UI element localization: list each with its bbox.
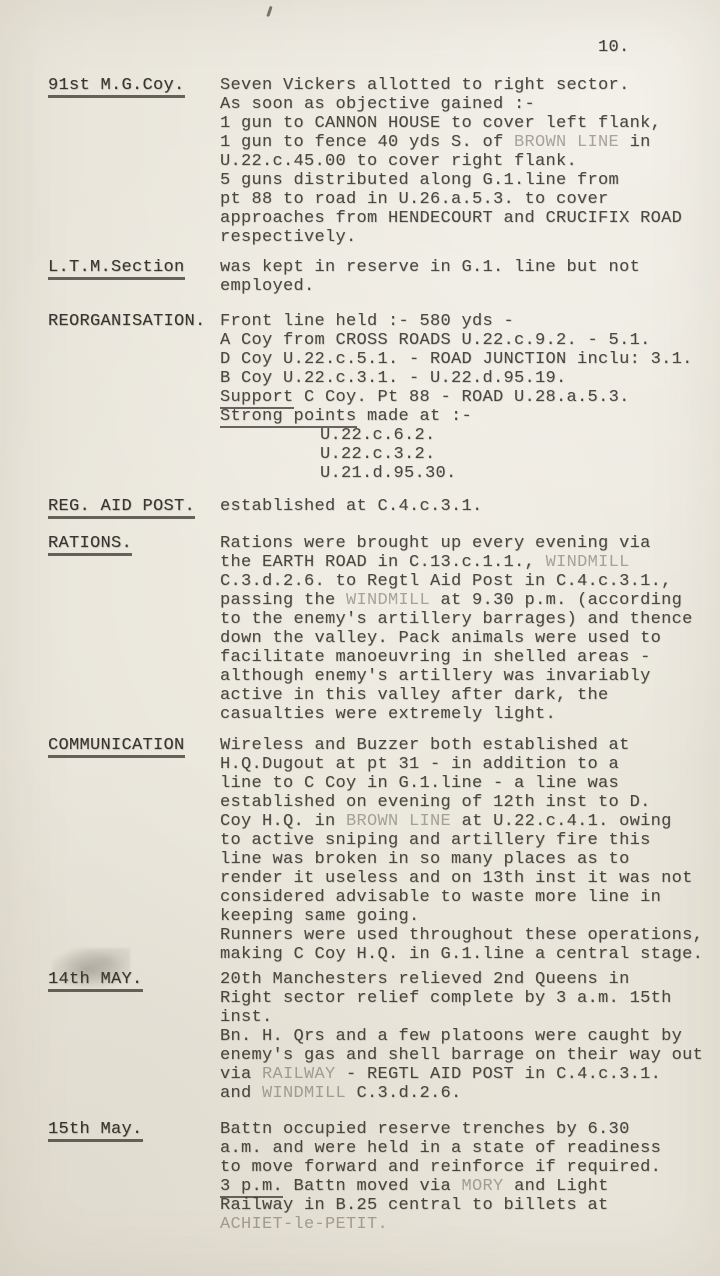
text-line: and WINDMILL C.3.d.2.6.	[220, 1084, 720, 1103]
text-line: facilitate manoeuvring in shelled areas …	[220, 648, 720, 667]
text-segment: WINDMILL	[262, 1084, 346, 1103]
section-heading: REG. AID POST.	[48, 497, 195, 519]
text-line: down the valley. Pack animals were used …	[220, 629, 720, 648]
text-line: keeping same going.	[220, 907, 720, 926]
text-line: respectively.	[220, 228, 720, 247]
text-segment: Battn occupied reserve trenches by 6.30	[220, 1120, 630, 1139]
text-segment: WINDMILL	[546, 553, 630, 572]
text-line: casualties were extremely light.	[220, 705, 720, 724]
text-line: Coy H.Q. in BROWN LINE at U.22.c.4.1. ow…	[220, 812, 720, 831]
text-segment: and Light	[504, 1177, 609, 1196]
text-line: Right sector relief complete by 3 a.m. 1…	[220, 989, 720, 1008]
text-line: passing the WINDMILL at 9.30 p.m. (accor…	[220, 591, 720, 610]
text-segment: Rations were brought up every evening vi…	[220, 534, 651, 553]
text-line: 3 p.m. Battn moved via MORY and Light	[220, 1177, 720, 1196]
text-line: U.22.c.45.00 to cover right flank.	[220, 152, 720, 171]
section-body: was kept in reserve in G.1. line but not…	[220, 258, 720, 296]
section-heading: COMMUNICATION	[48, 736, 185, 758]
text-segment: Front line held :- 580 yds -	[220, 312, 514, 331]
section: 91st M.G.Coy.Seven Vickers allotted to r…	[0, 76, 720, 247]
section-body: established at C.4.c.3.1.	[220, 497, 720, 516]
section-heading: REORGANISATION.	[48, 312, 206, 331]
section: 14th MAY.20th Manchesters relieved 2nd Q…	[0, 970, 720, 1103]
section-body: Rations were brought up every evening vi…	[220, 534, 720, 724]
section-heading: 91st M.G.Coy.	[48, 76, 185, 98]
text-segment: RAILWAY	[262, 1065, 336, 1084]
text-segment: inst.	[220, 1008, 273, 1027]
text-segment: line was broken in so many places as to	[220, 850, 630, 869]
text-segment: 1 gun to CANNON HOUSE to cover left flan…	[220, 114, 661, 133]
text-segment: Coy H.Q. in	[220, 812, 346, 831]
text-segment: active in this valley after dark, the	[220, 686, 609, 705]
text-segment: WINDMILL	[346, 591, 430, 610]
text-line: ACHIET-le-PETIT.	[220, 1215, 720, 1234]
text-line: B Coy U.22.c.3.1. - U.22.d.95.19.	[220, 369, 720, 388]
text-segment: Right sector relief complete by 3 a.m. 1…	[220, 989, 672, 1008]
text-line: 20th Manchesters relieved 2nd Queens in	[220, 970, 720, 989]
text-segment: U.22.c.45.00 to cover right flank.	[220, 152, 577, 171]
text-segment: at 9.30 p.m. (according	[430, 591, 682, 610]
text-line: via RAILWAY - REGTL AID POST in C.4.c.3.…	[220, 1065, 720, 1084]
section-body: Wireless and Buzzer both established atH…	[220, 736, 720, 964]
text-line: although enemy's artillery was invariabl…	[220, 667, 720, 686]
text-line: 5 guns distributed along G.1.line from	[220, 171, 720, 190]
section: REORGANISATION.Front line held :- 580 yd…	[0, 312, 720, 483]
text-segment: passing the	[220, 591, 346, 610]
text-line: C.3.d.2.6. to Regtl Aid Post in C.4.c.3.…	[220, 572, 720, 591]
text-segment: keeping same going.	[220, 907, 420, 926]
text-line: Rations were brought up every evening vi…	[220, 534, 720, 553]
text-segment: C Coy. Pt 88 - ROAD U.28.a.5.3.	[294, 388, 630, 407]
text-line: render it useless and on 13th inst it wa…	[220, 869, 720, 888]
text-segment: to active sniping and artillery fire thi…	[220, 831, 651, 850]
text-line: Runners were used throughout these opera…	[220, 926, 720, 945]
text-segment: H.Q.Dugout at pt 31 - in addition to a	[220, 755, 619, 774]
text-segment: Support	[220, 388, 294, 409]
section-body: Battn occupied reserve trenches by 6.30a…	[220, 1120, 720, 1234]
text-line: employed.	[220, 277, 720, 296]
text-segment: established on evening of 12th inst to D…	[220, 793, 651, 812]
text-segment: line to C Coy in G.1.line - a line was	[220, 774, 619, 793]
text-segment: BROWN LINE	[346, 812, 451, 831]
text-segment: ACHIET-le-PETIT.	[220, 1215, 388, 1234]
text-segment: As soon as objective gained :-	[220, 95, 535, 114]
text-line: Front line held :- 580 yds -	[220, 312, 720, 331]
text-segment: in	[619, 133, 651, 152]
text-line: active in this valley after dark, the	[220, 686, 720, 705]
text-segment: made at :-	[357, 407, 473, 426]
text-segment: U.21.d.95.30.	[320, 464, 457, 483]
text-segment: 5 guns distributed along G.1.line from	[220, 171, 619, 190]
text-line: inst.	[220, 1008, 720, 1027]
text-line: considered advisable to waste more line …	[220, 888, 720, 907]
text-segment: the EARTH ROAD in C.13.c.1.1.,	[220, 553, 546, 572]
section: COMMUNICATIONWireless and Buzzer both es…	[0, 736, 720, 964]
text-segment: although enemy's artillery was invariabl…	[220, 667, 651, 686]
text-segment: Railway in B.25 central to billets at	[220, 1196, 609, 1215]
text-segment: Runners were used throughout these opera…	[220, 926, 703, 945]
text-line: was kept in reserve in G.1. line but not	[220, 258, 720, 277]
section: REG. AID POST.established at C.4.c.3.1.	[0, 497, 720, 516]
text-segment: pt 88 to road in U.26.a.5.3. to cover	[220, 190, 609, 209]
text-segment: 20th Manchesters relieved 2nd Queens in	[220, 970, 630, 989]
text-line: Strong points made at :-	[220, 407, 720, 426]
text-segment: 3 p.m.	[220, 1177, 283, 1198]
text-line: Seven Vickers allotted to right sector.	[220, 76, 720, 95]
text-line: approaches from HENDECOURT and CRUCIFIX …	[220, 209, 720, 228]
text-segment: was kept in reserve in G.1. line but not	[220, 258, 640, 277]
text-segment: respectively.	[220, 228, 357, 247]
text-segment: C.3.d.2.6. to Regtl Aid Post in C.4.c.3.…	[220, 572, 672, 591]
text-segment: Wireless and Buzzer both established at	[220, 736, 630, 755]
text-segment: Strong points	[220, 407, 357, 428]
section-heading: L.T.M.Section	[48, 258, 185, 280]
text-segment: B Coy U.22.c.3.1. - U.22.d.95.19.	[220, 369, 567, 388]
text-segment: D Coy U.22.c.5.1. - ROAD JUNCTION inclu:…	[220, 350, 693, 369]
text-line: 1 gun to CANNON HOUSE to cover left flan…	[220, 114, 720, 133]
text-segment: to move forward and reinforce if require…	[220, 1158, 661, 1177]
section-heading: RATIONS.	[48, 534, 132, 556]
text-line: U.22.c.6.2.	[220, 426, 720, 445]
text-line: line to C Coy in G.1.line - a line was	[220, 774, 720, 793]
text-line: As soon as objective gained :-	[220, 95, 720, 114]
text-segment: Battn moved via	[283, 1177, 462, 1196]
section-heading: 14th MAY.	[48, 970, 143, 992]
text-line: a.m. and were held in a state of readine…	[220, 1139, 720, 1158]
section-heading: 15th May.	[48, 1120, 143, 1142]
section-body: 20th Manchesters relieved 2nd Queens inR…	[220, 970, 720, 1103]
text-line: A Coy from CROSS ROADS U.22.c.9.2. - 5.1…	[220, 331, 720, 350]
text-segment: 1 gun to fence 40 yds S. of	[220, 133, 514, 152]
text-segment: enemy's gas and shell barrage on their w…	[220, 1046, 703, 1065]
text-line: making C Coy H.Q. in G.1.line a central …	[220, 945, 720, 964]
text-segment: render it useless and on 13th inst it wa…	[220, 869, 693, 888]
text-line: line was broken in so many places as to	[220, 850, 720, 869]
section-body: Seven Vickers allotted to right sector.A…	[220, 76, 720, 247]
section: L.T.M.Sectionwas kept in reserve in G.1.…	[0, 258, 720, 296]
text-segment: established at C.4.c.3.1.	[220, 497, 483, 516]
text-line: D Coy U.22.c.5.1. - ROAD JUNCTION inclu:…	[220, 350, 720, 369]
text-line: Support C Coy. Pt 88 - ROAD U.28.a.5.3.	[220, 388, 720, 407]
text-line: established on evening of 12th inst to D…	[220, 793, 720, 812]
section: 15th May.Battn occupied reserve trenches…	[0, 1120, 720, 1234]
text-segment: BROWN LINE	[514, 133, 619, 152]
text-segment: Bn. H. Qrs and a few platoons were caugh…	[220, 1027, 682, 1046]
text-segment: facilitate manoeuvring in shelled areas …	[220, 648, 651, 667]
text-segment: employed.	[220, 277, 315, 296]
text-line: Battn occupied reserve trenches by 6.30	[220, 1120, 720, 1139]
text-segment: via	[220, 1065, 262, 1084]
section: RATIONS.Rations were brought up every ev…	[0, 534, 720, 724]
text-line: pt 88 to road in U.26.a.5.3. to cover	[220, 190, 720, 209]
text-line: Wireless and Buzzer both established at	[220, 736, 720, 755]
page-number: 10.	[598, 38, 630, 57]
document-page: 10. 91st M.G.Coy.Seven Vickers allotted …	[0, 0, 720, 1276]
text-segment: A Coy from CROSS ROADS U.22.c.9.2. - 5.1…	[220, 331, 651, 350]
text-segment: MORY	[462, 1177, 504, 1196]
text-segment: at U.22.c.4.1. owing	[451, 812, 672, 831]
text-segment: - REGTL AID POST in C.4.c.3.1.	[336, 1065, 662, 1084]
text-line: enemy's gas and shell barrage on their w…	[220, 1046, 720, 1065]
text-segment: U.22.c.3.2.	[320, 445, 436, 464]
text-line: to the enemy's artillery barrages) and t…	[220, 610, 720, 629]
text-segment: making C Coy H.Q. in G.1.line a central …	[220, 945, 703, 964]
text-segment: to the enemy's artillery barrages) and t…	[220, 610, 693, 629]
text-line: established at C.4.c.3.1.	[220, 497, 720, 516]
text-line: H.Q.Dugout at pt 31 - in addition to a	[220, 755, 720, 774]
text-segment: down the valley. Pack animals were used …	[220, 629, 661, 648]
text-segment: casualties were extremely light.	[220, 705, 556, 724]
text-line: 1 gun to fence 40 yds S. of BROWN LINE i…	[220, 133, 720, 152]
text-segment: and	[220, 1084, 262, 1103]
text-segment: U.22.c.6.2.	[320, 426, 436, 445]
text-segment: Seven Vickers allotted to right sector.	[220, 76, 630, 95]
text-line: U.22.c.3.2.	[220, 445, 720, 464]
text-segment: considered advisable to waste more line …	[220, 888, 661, 907]
text-line: U.21.d.95.30.	[220, 464, 720, 483]
text-line: the EARTH ROAD in C.13.c.1.1., WINDMILL	[220, 553, 720, 572]
text-line: to active sniping and artillery fire thi…	[220, 831, 720, 850]
text-line: Bn. H. Qrs and a few platoons were caugh…	[220, 1027, 720, 1046]
text-segment: approaches from HENDECOURT and CRUCIFIX …	[220, 209, 682, 228]
stray-ink-mark	[266, 6, 272, 17]
section-body: Front line held :- 580 yds -A Coy from C…	[220, 312, 720, 483]
text-segment: a.m. and were held in a state of readine…	[220, 1139, 661, 1158]
text-line: Railway in B.25 central to billets at	[220, 1196, 720, 1215]
text-segment: C.3.d.2.6.	[346, 1084, 462, 1103]
text-line: to move forward and reinforce if require…	[220, 1158, 720, 1177]
